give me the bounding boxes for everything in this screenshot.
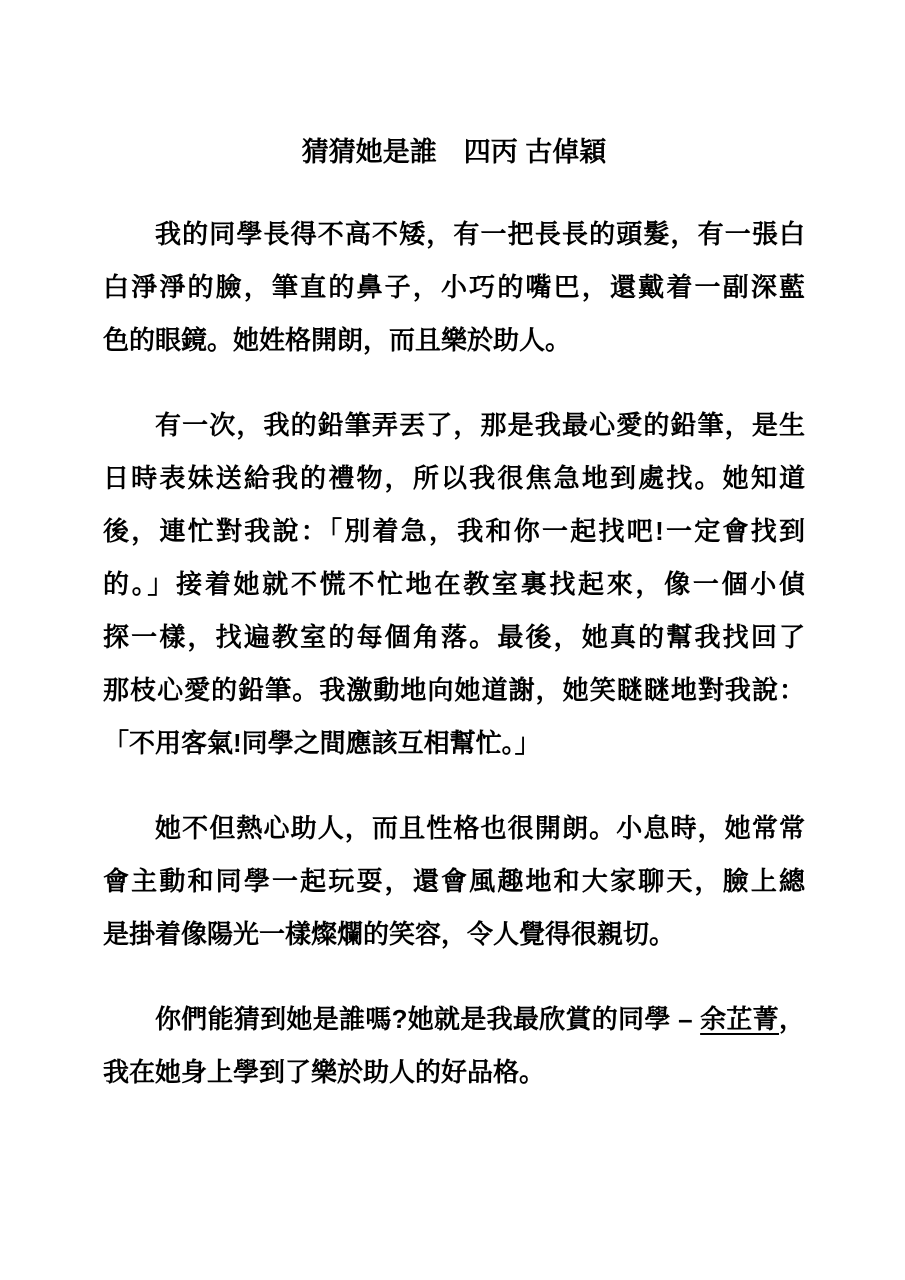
text-line: 「不用客氣!同學之間應該互相幫忙。」 — [103, 717, 805, 770]
paragraph-3: 她不但熱心助人，而且性格也很開朗。小息時，她常常 會主動和同學一起玩耍，還會風趣… — [103, 802, 805, 961]
paragraph-1: 我的同學長得不高不矮，有一把長長的頭髮，有一張白 白淨淨的臉，筆直的鼻子，小巧的… — [103, 208, 805, 367]
text-line: 會主動和同學一起玩耍，還會風趣地和大家聊天，臉上總 — [103, 855, 805, 908]
text-line: 我在她身上學到了樂於助人的好品格。 — [103, 1046, 805, 1099]
text-segment: ， — [779, 1004, 805, 1034]
text-line: 色的眼鏡。她姓格開朗，而且樂於助人。 — [103, 314, 805, 367]
text-line: 探一樣，找遍教室的每個角落。最後，她真的幫我找回了 — [103, 611, 805, 664]
text-line: 日時表妹送給我的禮物，所以我很焦急地到處找。她知道 — [103, 452, 805, 505]
text-line: 有一次，我的鉛筆弄丟了，那是我最心愛的鉛筆，是生 — [103, 399, 805, 452]
text-line: 的。」接着她就不慌不忙地在教室裏找起來，像一個小偵 — [103, 558, 805, 611]
classmate-name-underlined: 余芷菁 — [700, 1004, 779, 1034]
text-line: 後，連忙對我說：「別着急，我和你一起找吧!一定會找到 — [103, 505, 805, 558]
text-line: 她不但熱心助人，而且性格也很開朗。小息時，她常常 — [103, 802, 805, 855]
document-page: 猜猜她是誰 四丙 古倬穎 我的同學長得不高不矮，有一把長長的頭髮，有一張白 白淨… — [0, 0, 905, 1280]
text-line: 我的同學長得不高不矮，有一把長長的頭髮，有一張白 — [103, 208, 805, 261]
text-line: 白淨淨的臉，筆直的鼻子，小巧的嘴巴，還戴着一副深藍 — [103, 261, 805, 314]
text-line: 是掛着像陽光一樣燦爛的笑容，令人覺得很親切。 — [103, 908, 805, 961]
text-line: 那枝心愛的鉛筆。我激動地向她道謝，她笑瞇瞇地對我說： — [103, 664, 805, 717]
text-line: 你們能猜到她是誰嗎?她就是我最欣賞的同學 – 余芷菁， — [103, 993, 805, 1046]
document-content: 猜猜她是誰 四丙 古倬穎 我的同學長得不高不矮，有一把長長的頭髮，有一張白 白淨… — [0, 0, 905, 1099]
text-segment: 你們能猜到她是誰嗎?她就是我最欣賞的同學 – — [155, 1004, 700, 1034]
paragraph-2: 有一次，我的鉛筆弄丟了，那是我最心愛的鉛筆，是生 日時表妹送給我的禮物，所以我很… — [103, 399, 805, 770]
paragraph-4: 你們能猜到她是誰嗎?她就是我最欣賞的同學 – 余芷菁， 我在她身上學到了樂於助人… — [103, 993, 805, 1099]
essay-title: 猜猜她是誰 四丙 古倬穎 — [103, 126, 805, 179]
